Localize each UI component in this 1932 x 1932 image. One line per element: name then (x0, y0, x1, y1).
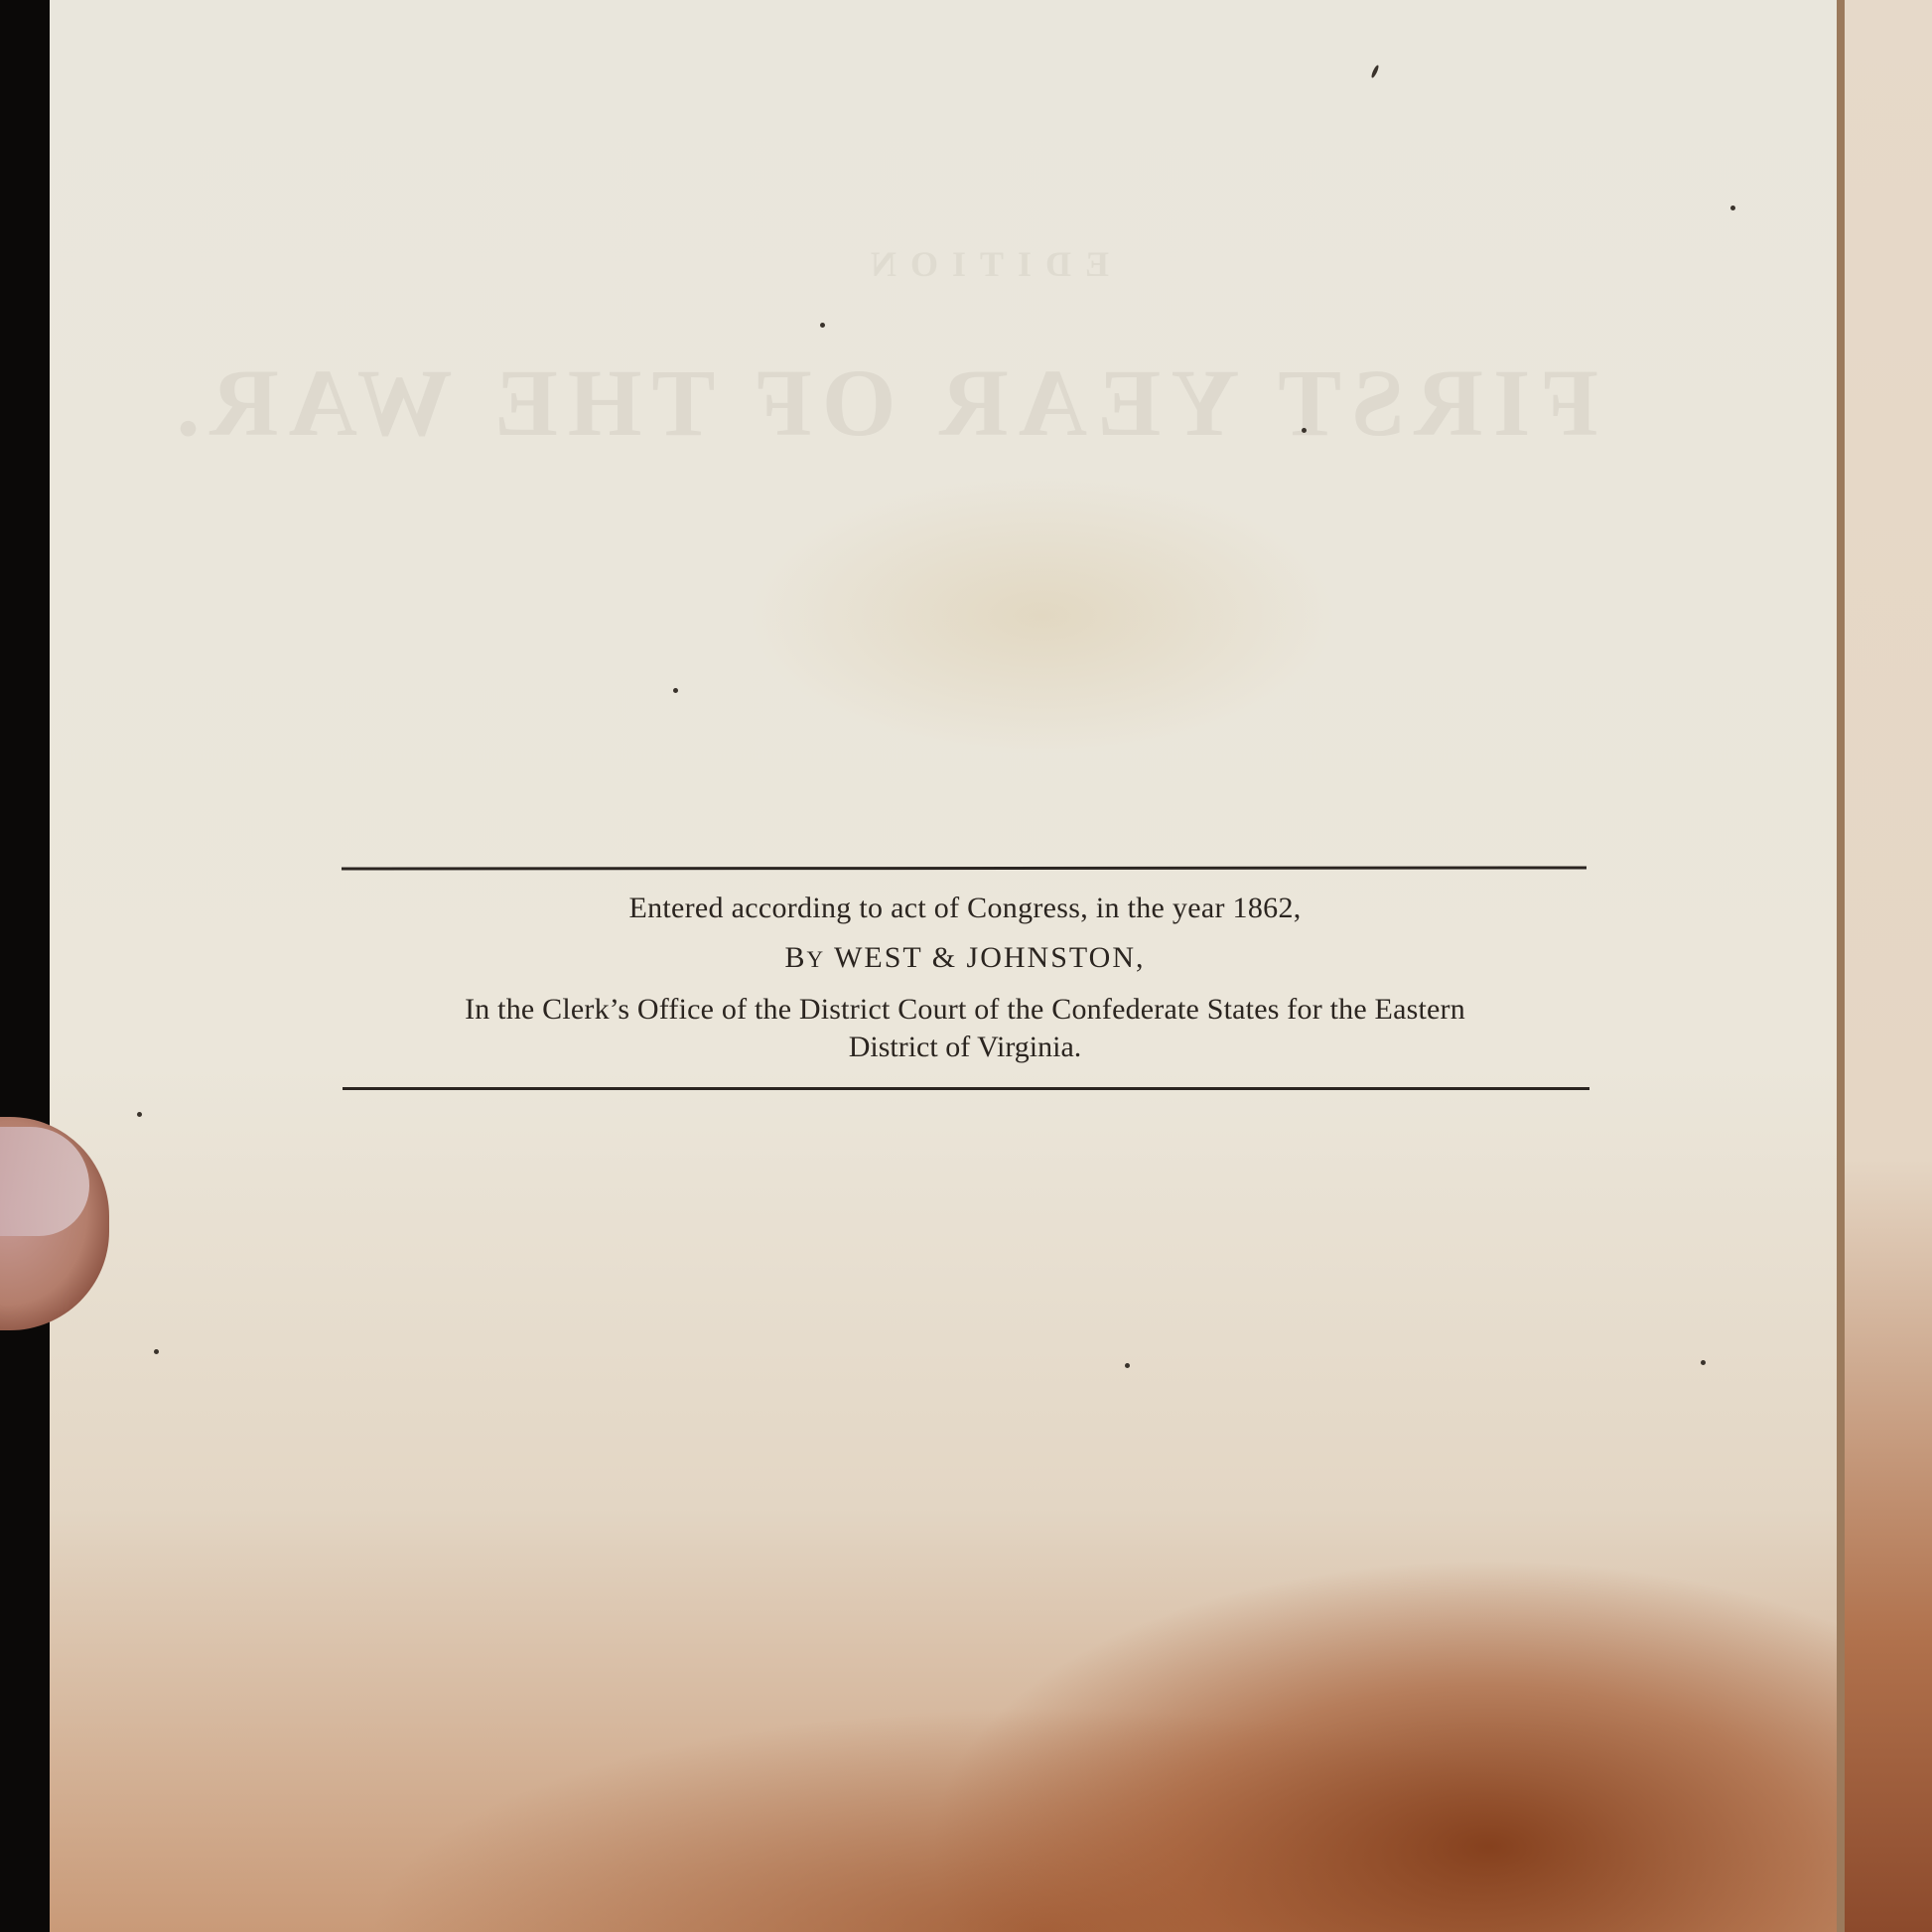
notice-line-entered: Entered according to act of Congress, in… (342, 892, 1588, 925)
notice-line-clerk-office: In the Clerk’s Office of the District Co… (342, 993, 1588, 1027)
ink-speck (673, 688, 678, 693)
ink-speck (137, 1112, 142, 1117)
ink-speck (154, 1349, 159, 1354)
bleed-through-title: FIRST YEAR OF THE WAR. (367, 347, 1598, 458)
ink-speck (1701, 1360, 1706, 1365)
ink-speck (1730, 206, 1735, 210)
publisher-name: WEST & JOHNSTON, (825, 941, 1145, 974)
bleed-through-subtitle: EDITION (367, 243, 1598, 285)
ink-speck (1125, 1363, 1130, 1368)
publisher-prefix-smallcap: Y (807, 947, 826, 972)
notice-line-district: District of Virginia. (342, 1031, 1588, 1064)
dark-background (0, 0, 50, 1932)
bottom-rule (343, 1087, 1589, 1090)
facing-page-edge (1837, 0, 1932, 1932)
ink-speck (1302, 428, 1307, 433)
ink-speck (820, 323, 825, 328)
notice-line-publisher: BY WEST & JOHNSTON, (342, 941, 1588, 975)
publisher-prefix-cap: B (784, 941, 806, 974)
